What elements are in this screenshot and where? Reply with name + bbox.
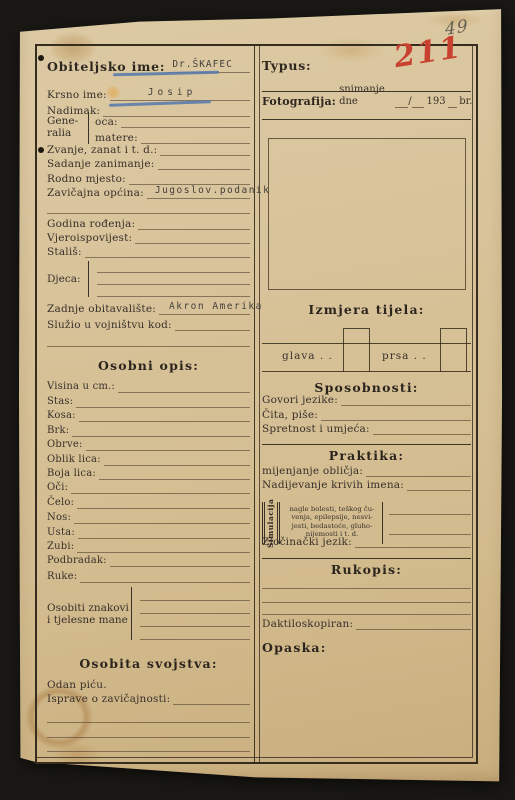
field-photograph: Fotografija: snimanje dne / 193 br. — [262, 94, 471, 108]
chin-label: Podbradak: — [47, 555, 110, 567]
special-marks-line — [140, 600, 250, 614]
disguise-line — [366, 463, 471, 477]
field-current-job: Sadanje zanimanje: — [47, 156, 250, 170]
birthplace-label: Rodno mjesto: — [47, 173, 129, 185]
field-skills: Spretnost i umjeća: — [262, 422, 471, 435]
field-hands: Ruke: — [47, 569, 250, 583]
column-divider — [254, 46, 260, 762]
last-residence-line: Akron Amerika — [159, 300, 250, 315]
right-column: Typus: 211 Fotografija: snimanje dne / 1… — [262, 46, 471, 762]
blank-line — [47, 722, 250, 723]
father-line — [121, 114, 250, 128]
field-complexion: Boja lica: — [47, 466, 250, 480]
photo-date-text: snimanje dne — [339, 84, 395, 108]
false-names-label: Nadijevanje krivih imena: — [262, 479, 407, 491]
personal-description-heading: Osobni opis: — [47, 360, 250, 372]
field-languages: Govori jezike: — [262, 393, 471, 406]
field-forehead: Čelo: — [47, 495, 250, 509]
eyes-label: Oči: — [47, 482, 71, 494]
birth-year-line — [138, 215, 250, 230]
father-label: oca: — [95, 116, 121, 128]
field-occupation: Zvanje, zanat i t. d.: — [47, 142, 250, 156]
special-marks-label: Osobiti znakovi i tjelesne mane — [47, 602, 131, 626]
teeth-label: Zubi: — [47, 541, 77, 553]
field-height: Visina u cm.: — [47, 379, 250, 393]
children-label: Djeca: — [47, 273, 88, 285]
photo-frame — [268, 138, 466, 290]
field-drink: Odan piću. — [47, 679, 250, 691]
hands-line — [80, 568, 250, 583]
special-marks-line — [140, 587, 250, 601]
remarks-heading: Opaska: — [262, 642, 471, 654]
field-eyes: Oči: — [47, 480, 250, 494]
blank-line — [262, 588, 471, 589]
field-religion: Vjeroispovijest: — [47, 230, 250, 244]
children-line — [97, 284, 250, 297]
field-reads-writes: Čita, piše: — [262, 408, 471, 421]
photo-year-line — [448, 107, 458, 108]
blank-line — [47, 751, 250, 752]
fingerprint-line — [356, 616, 471, 630]
field-hair: Kosa: — [47, 408, 250, 422]
field-false-names: Nadijevanje krivih imena: — [262, 478, 471, 491]
bullet-marker — [38, 55, 44, 61]
criminal-language-line — [355, 535, 471, 548]
photo-year-text: 193 — [424, 96, 447, 108]
chin-line — [110, 552, 250, 567]
disguise-label: mijenjanje obličja: — [262, 465, 366, 477]
typus-label: Typus: — [262, 60, 314, 72]
bullet-marker — [38, 147, 44, 153]
complexion-line — [99, 465, 250, 480]
field-eyebrows: Obrve: — [47, 437, 250, 451]
build-line — [76, 393, 250, 408]
blank-line — [47, 346, 250, 347]
blank-line — [389, 514, 471, 515]
blank-line — [47, 737, 250, 738]
field-birth-year: Godina rođenja: — [47, 216, 250, 230]
field-family-name: Obiteljsko ime: Dr.ŠKAFEC — [47, 57, 250, 73]
blank-line — [262, 614, 471, 615]
head-label: glava . . — [282, 350, 333, 362]
documents-label: Isprave o zavičajnosti: — [47, 693, 173, 705]
body-measure-table: glava . . prsa . . — [262, 328, 471, 372]
photo-number-text: br. — [457, 96, 474, 108]
height-line — [118, 378, 250, 393]
chest-measure-box — [440, 328, 467, 372]
skills-label: Spretnost i umjeća: — [262, 423, 373, 435]
first-name-label: Krsno ime: — [47, 89, 110, 101]
occupation-line — [160, 141, 250, 156]
field-status: Stališ: — [47, 244, 250, 258]
home-municipality-value: Jugoslov.podanik — [155, 185, 271, 197]
field-documents: Isprave o zavičajnosti: — [47, 692, 250, 705]
fingerprint-label: Daktiloskopiran: — [262, 618, 356, 630]
teeth-line — [77, 538, 250, 553]
typus-value-handwritten: 211 — [394, 42, 464, 65]
field-military: Služio u vojništvu kod: — [47, 317, 250, 331]
rule-line — [262, 119, 471, 120]
languages-line — [341, 392, 471, 406]
birthplace-line — [129, 170, 250, 185]
military-label: Služio u vojništvu kod: — [47, 319, 175, 331]
false-names-line — [407, 477, 471, 491]
field-special-marks: Osobiti znakovi i tjelesne mane — [47, 587, 250, 640]
hands-label: Ruke: — [47, 571, 80, 583]
field-home-municipality: Zavičajna općina: Jugoslov.podanik — [47, 185, 250, 199]
field-children: Djeca: — [47, 261, 250, 297]
field-mouth: Usta: — [47, 525, 250, 539]
last-residence-label: Zadnje obitavalište: — [47, 303, 159, 315]
rule-line — [262, 444, 471, 445]
skills-line — [373, 421, 471, 435]
field-build: Stas: — [47, 394, 250, 408]
status-line — [85, 243, 250, 258]
special-marks-line — [140, 613, 250, 627]
eyebrows-label: Obrve: — [47, 439, 86, 451]
field-criminal-language: Zločinački jezik: — [262, 536, 471, 548]
field-last-residence: Zadnje obitavalište: Akron Amerika — [47, 301, 250, 315]
first-name-value: Josip — [148, 87, 197, 99]
current-job-line — [158, 155, 250, 170]
blank-line — [262, 602, 471, 603]
chest-label: prsa . . — [382, 350, 427, 362]
face-shape-label: Oblik lica: — [47, 454, 104, 466]
hair-line — [79, 407, 250, 422]
religion-line — [135, 229, 250, 244]
height-label: Visina u cm.: — [47, 381, 118, 393]
forehead-line — [77, 494, 250, 509]
reads-writes-line — [321, 407, 471, 421]
field-fingerprint: Daktiloskopiran: — [262, 617, 471, 630]
family-name-label: Obiteljsko ime: — [47, 61, 168, 73]
hair-label: Kosa: — [47, 410, 79, 422]
birth-year-label: Godina rođenja: — [47, 218, 138, 230]
field-birthplace: Rodno mjesto: — [47, 171, 250, 185]
field-disguise: mijenjanje obličja: — [262, 464, 471, 477]
last-residence-value: Akron Amerika — [169, 301, 263, 313]
moustache-label: Brk: — [47, 425, 72, 437]
handwriting-heading: Rukopis: — [262, 564, 471, 576]
field-typus: Typus: 211 — [262, 54, 471, 72]
stain — [157, 4, 171, 16]
current-job-label: Sadanje zanimanje: — [47, 158, 158, 170]
photograph-label: Fotografija: — [262, 96, 339, 108]
nose-line — [74, 509, 250, 524]
status-label: Stališ: — [47, 246, 85, 258]
drink-label: Odan piću. — [47, 679, 110, 691]
languages-label: Govori jezike: — [262, 394, 341, 406]
generalia-bracket — [88, 112, 89, 144]
special-marks-bracket — [131, 587, 132, 640]
eyebrows-line — [86, 436, 250, 451]
field-father: oca: — [95, 114, 250, 128]
home-municipality-line: Jugoslov.podanik — [147, 184, 250, 199]
build-label: Stas: — [47, 396, 76, 408]
forehead-label: Čelo: — [47, 497, 77, 509]
field-teeth: Zubi: — [47, 539, 250, 553]
military-line — [175, 316, 250, 331]
first-name-line: Josip — [110, 84, 250, 101]
moustache-line — [72, 422, 250, 437]
practice-heading: Praktika: — [262, 450, 471, 462]
special-traits-heading: Osobita svojstva: — [47, 658, 250, 670]
children-bracket — [88, 261, 89, 297]
field-face-shape: Oblik lica: — [47, 452, 250, 466]
field-first-name: Krsno ime: Josip — [47, 85, 250, 101]
generalia-label: Gene- ralia — [47, 112, 88, 144]
rule-line — [262, 558, 471, 559]
nose-label: Nos: — [47, 512, 74, 524]
field-moustache: Brk: — [47, 423, 250, 437]
mouth-label: Usta: — [47, 527, 78, 539]
reads-writes-label: Čita, piše: — [262, 409, 321, 421]
mouth-line — [78, 524, 250, 539]
occupation-label: Zvanje, zanat i t. d.: — [47, 144, 160, 156]
eyes-line — [71, 479, 250, 494]
field-generalia: Gene- ralia oca: matere: — [47, 112, 250, 144]
blank-line — [47, 213, 250, 214]
field-chin: Podbradak: — [47, 553, 250, 567]
photo-month-line — [412, 107, 425, 108]
special-marks-line — [140, 626, 250, 640]
criminal-language-label: Zločinački jezik: — [262, 536, 355, 548]
body-measure-heading: Izmjera tijela: — [262, 304, 471, 316]
head-measure-box — [343, 328, 370, 372]
form-border: Obiteljsko ime: Dr.ŠKAFEC Krsno ime: Jos… — [35, 44, 478, 764]
left-column: Obiteljsko ime: Dr.ŠKAFEC Krsno ime: Jos… — [47, 46, 250, 762]
photo-day-line — [395, 107, 408, 108]
home-municipality-label: Zavičajna općina: — [47, 187, 147, 199]
family-name-value: Dr.ŠKAFEC — [172, 59, 232, 71]
field-nose: Nos: — [47, 510, 250, 524]
face-shape-line — [104, 451, 250, 466]
documents-line — [173, 691, 250, 705]
